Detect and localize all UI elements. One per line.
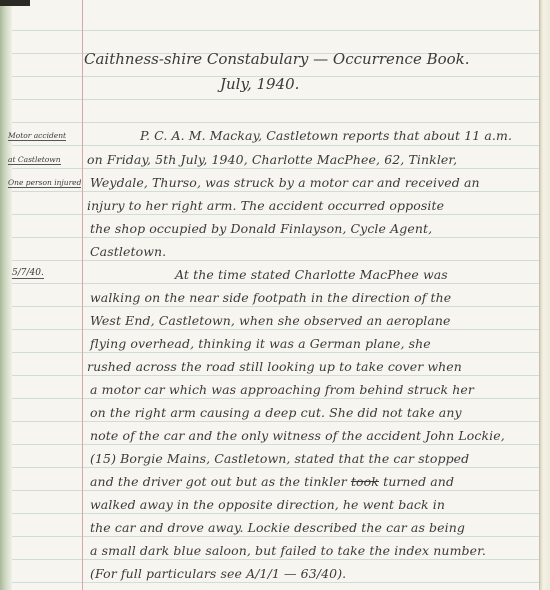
body-line: injury to her right arm. The accident oc…	[87, 198, 444, 213]
page-date: July, 1940.	[220, 75, 299, 93]
margin-note-subject: Motor accident	[8, 131, 66, 141]
body-line: P. C. A. M. Mackay, Castletown reports t…	[140, 128, 512, 143]
body-line: the shop occupied by Donald Finlayson, C…	[90, 221, 432, 236]
body-line: a motor car which was approaching from b…	[90, 382, 474, 397]
body-line: walked away in the opposite direction, h…	[90, 497, 445, 512]
margin-note-injuries: One person injured	[8, 178, 81, 188]
body-line: Weydale, Thurso, was struck by a motor c…	[90, 175, 480, 190]
margin-rule	[82, 0, 83, 590]
margin-note-date: 5/7/40.	[12, 268, 44, 279]
body-line: on Friday, 5th July, 1940, Charlotte Mac…	[87, 152, 457, 167]
body-line: flying overhead, thinking it was a Germa…	[90, 336, 431, 351]
corner-shadow	[0, 0, 30, 6]
body-line: (For full particulars see A/1/1 — 63/40)…	[90, 566, 346, 581]
body-line: (15) Borgie Mains, Castletown, stated th…	[90, 451, 469, 466]
body-line: At the time stated Charlotte MacPhee was	[175, 267, 448, 282]
body-line: rushed across the road still looking up …	[87, 359, 462, 374]
page-binding-shadow	[0, 0, 12, 590]
margin-note-location: at Castletown	[8, 155, 61, 165]
body-line: the car and drove away. Lockie described…	[90, 520, 465, 535]
body-line: note of the car and the only witness of …	[90, 428, 505, 443]
body-line: and the driver got out but as the tinkle…	[90, 474, 454, 489]
page-right-edge	[539, 0, 550, 590]
body-line-text: and the driver got out but as the tinkle…	[90, 474, 347, 489]
body-line: Castletown.	[90, 244, 166, 259]
body-line: a small dark blue saloon, but failed to …	[90, 543, 486, 558]
body-line-text: turned and	[383, 474, 454, 489]
occurrence-book-page: Caithness-shire Constabulary — Occurrenc…	[0, 0, 550, 590]
page-title: Caithness-shire Constabulary — Occurrenc…	[84, 50, 470, 68]
body-line: walking on the near side footpath in the…	[90, 290, 451, 305]
body-line: West End, Castletown, when she observed …	[90, 313, 451, 328]
body-line: on the right arm causing a deep cut. She…	[90, 405, 462, 420]
struck-out-word: took	[351, 474, 379, 489]
